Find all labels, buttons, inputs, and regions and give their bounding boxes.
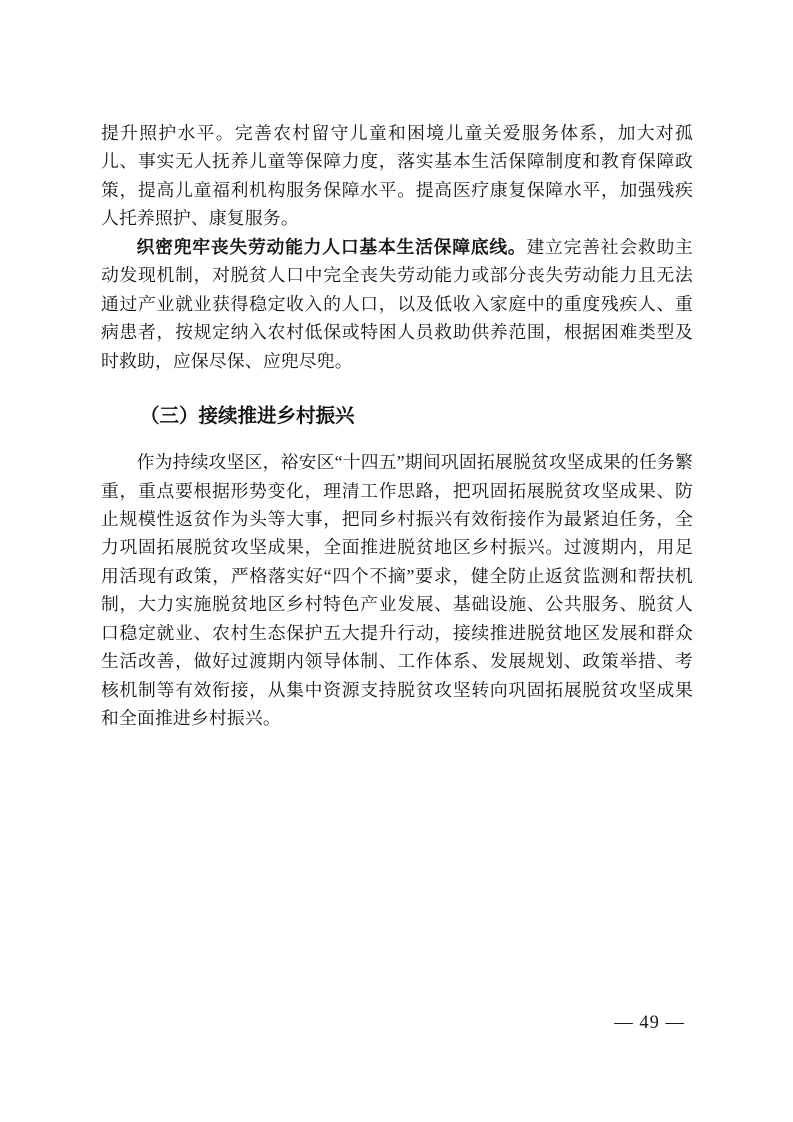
document-page: 提升照护水平。完善农村留守儿童和困境儿童关爱服务体系，加大对孤儿、事实无人抚养儿… — [0, 0, 793, 1122]
paragraph-rural-revitalization: 作为持续攻坚区，裕安区“十四五”期间巩固拓展脱贫攻坚成果的任务繁重，重点要根据形… — [101, 448, 693, 733]
paragraph-bold-lead: 织密兜牢丧失劳动能力人口基本生活保障底线。 — [137, 237, 527, 257]
document-body: 提升照护水平。完善农村留守儿童和困境儿童关爱服务体系，加大对孤儿、事实无人抚养儿… — [101, 119, 693, 733]
page-number: — 49 — — [614, 1011, 685, 1035]
paragraph-care-services: 提升照护水平。完善农村留守儿童和困境儿童关爱服务体系，加大对孤儿、事实无人抚养儿… — [101, 119, 693, 233]
paragraph-social-assistance: 织密兜牢丧失劳动能力人口基本生活保障底线。建立完善社会救助主动发现机制，对脱贫人… — [101, 233, 693, 375]
section-heading-rural-revitalization: （三）接续推进乡村振兴 — [101, 401, 693, 431]
